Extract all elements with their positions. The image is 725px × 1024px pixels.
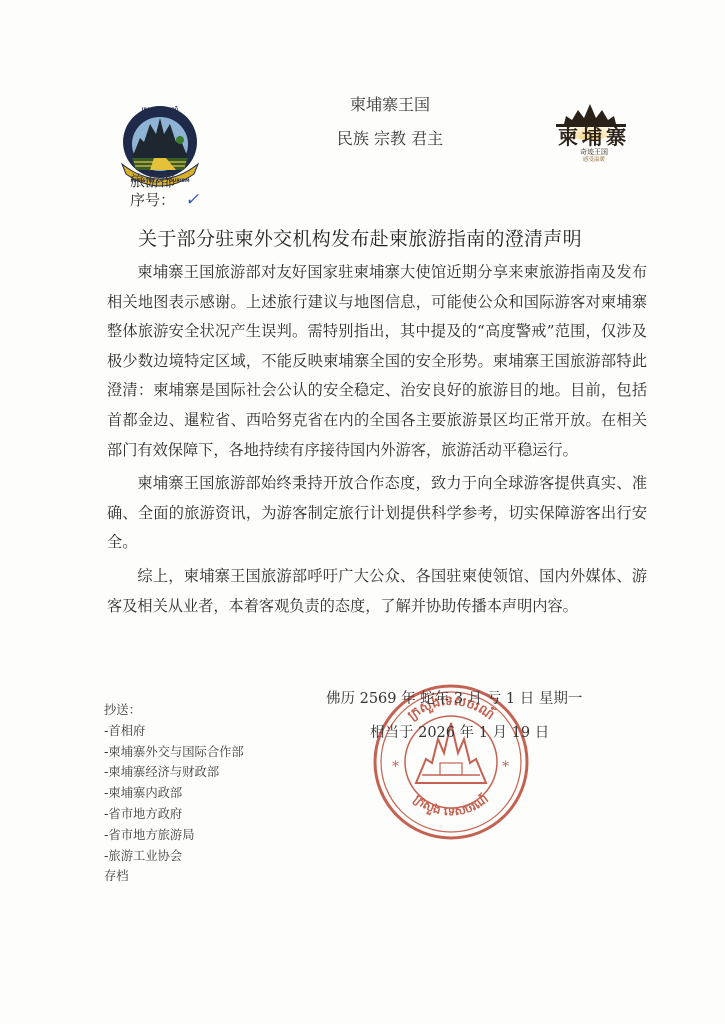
document-title: 关于部分驻柬外交机构发布赴柬旅游指南的澄清声明 xyxy=(100,224,620,251)
signature-block: 佛历 2569 年 蛇年 3 月 亏 1 日 星期一 相当于 2026 年 1 … xyxy=(322,682,612,750)
document-page: ក្រសួងទេសចរណ៍ MINISTRY OF TOURISM 旅游部 序号… xyxy=(0,0,725,1024)
body-paragraph: 柬埔寨王国旅游部对友好国家驻柬埔寨大使馆近期分享来柬旅游指南及发布相关地图表示感… xyxy=(107,258,647,465)
buddhist-date: 佛历 2569 年 蛇年 3 月 亏 1 日 星期一 xyxy=(322,682,612,716)
cc-recipient: -省市地方旅游局 xyxy=(104,825,304,846)
checkmark-icon: ✓ xyxy=(185,191,199,210)
country-name: 柬埔寨王国 xyxy=(300,88,480,122)
svg-text:ក្រសួង ទេសចរណ៍: ក្រសួង ទេសចរណ៍ xyxy=(411,791,491,819)
cc-recipient: -省市地方政府 xyxy=(104,804,304,825)
svg-text:*: * xyxy=(392,759,399,775)
kingdom-of-wonder-logo-icon: 柬埔寨 奇迹王国 感受温暖 xyxy=(528,96,668,162)
gregorian-date: 相当于 2026 年 1 月 19 日 xyxy=(322,716,612,750)
national-motto: 民族 宗教 君主 xyxy=(300,122,480,156)
svg-text:ក្រសួងទេសចរណ៍: ក្រសួងទេសចរណ៍ xyxy=(142,105,179,113)
cc-recipient: -旅游工业协会 xyxy=(104,846,304,867)
serial-number-row: 序号： ✓ xyxy=(130,191,199,210)
cc-archive: 存档 xyxy=(104,866,304,887)
cc-recipient: -柬埔寨内政部 xyxy=(104,783,304,804)
cc-recipient: -首相府 xyxy=(104,721,304,742)
body-paragraph: 综上，柬埔寨王国旅游部呼吁广大公众、各国驻柬使领馆、国内外媒体、游客及相关从业者… xyxy=(107,562,647,621)
body-paragraph: 柬埔寨王国旅游部始终秉持开放合作态度，致力于向全球游客提供真实、准确、全面的旅游… xyxy=(107,469,647,558)
serial-label: 序号： xyxy=(130,191,175,210)
cc-recipient: -柬埔寨经济与财政部 xyxy=(104,762,304,783)
svg-text:柬埔寨: 柬埔寨 xyxy=(558,125,630,149)
letterhead: 柬埔寨王国 民族 宗教 君主 xyxy=(300,88,480,156)
svg-text:奇迹王国: 奇迹王国 xyxy=(580,147,608,156)
svg-text:*: * xyxy=(502,759,509,775)
svg-text:感受温暖: 感受温暖 xyxy=(583,155,606,162)
document-body: 柬埔寨王国旅游部对友好国家驻柬埔寨大使馆近期分享来柬旅游指南及发布相关地图表示感… xyxy=(107,258,647,625)
cc-list: 抄送： -首相府 -柬埔寨外交与国际合作部 -柬埔寨经济与财政部 -柬埔寨内政部… xyxy=(104,700,304,887)
cc-label: 抄送： xyxy=(104,700,304,721)
ministry-name: 旅游部 xyxy=(130,172,175,191)
cc-recipient: -柬埔寨外交与国际合作部 xyxy=(104,742,304,763)
